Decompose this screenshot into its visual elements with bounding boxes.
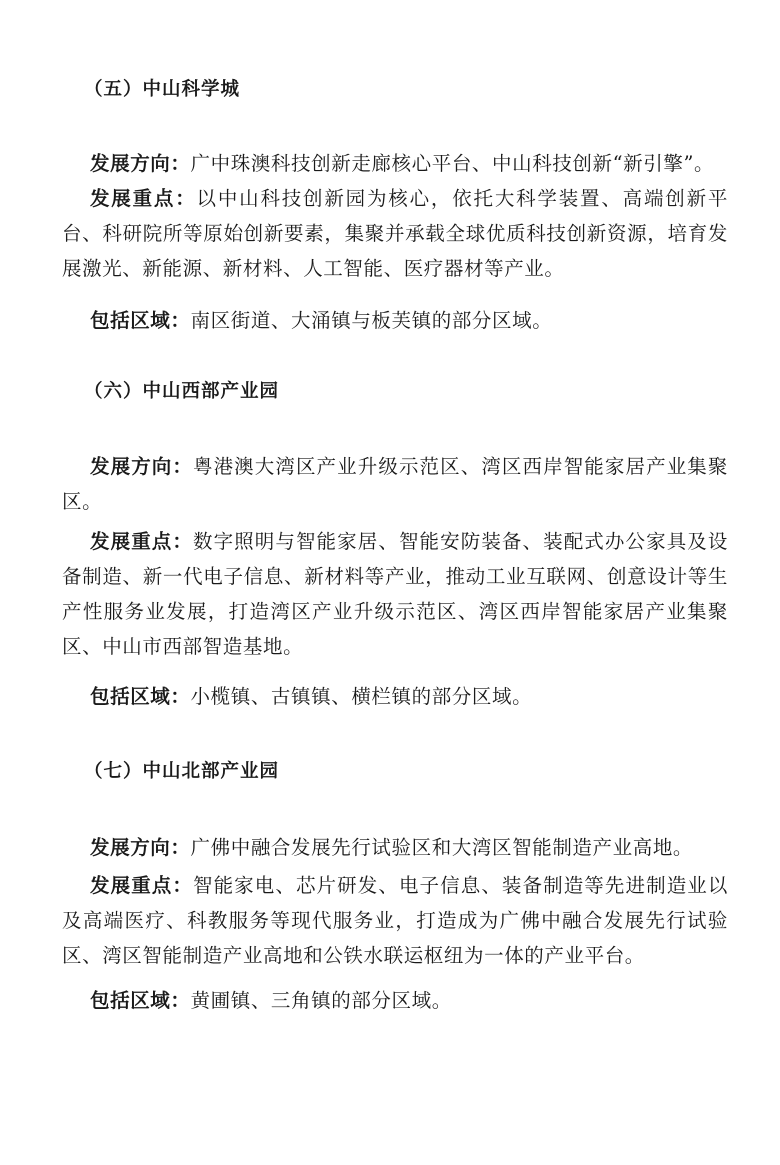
label-area: 包括区域： bbox=[90, 989, 191, 1012]
text-area: 黄圃镇、三角镇的部分区域。 bbox=[191, 989, 452, 1012]
paragraph-direction-5: 发展方向：广中珠澳科技创新走廊核心平台、中山科技创新“新引擎”。 bbox=[62, 146, 728, 181]
text-area: 南区街道、大涌镇与板芙镇的部分区域。 bbox=[191, 309, 553, 332]
paragraph-focus-5: 发展重点：以中山科技创新园为核心，依托大科学装置、高端创新平台、科研院所等原始创… bbox=[62, 181, 728, 286]
label-area: 包括区域： bbox=[90, 309, 191, 332]
paragraph-direction-7: 发展方向：广佛中融合发展先行试验区和大湾区智能制造产业高地。 bbox=[62, 830, 728, 865]
label-focus: 发展重点： bbox=[90, 530, 193, 553]
label-direction: 发展方向： bbox=[90, 836, 191, 859]
text-area: 小榄镇、古镇镇、横栏镇的部分区域。 bbox=[191, 685, 533, 708]
section-heading-5: （五）中山科学城 bbox=[84, 78, 240, 102]
paragraph-direction-6: 发展方向：粤港澳大湾区产业升级示范区、湾区西岸智能家居产业集聚区。 bbox=[62, 449, 728, 519]
label-focus: 发展重点： bbox=[90, 874, 193, 897]
paragraph-focus-6: 发展重点：数字照明与智能家居、智能安防装备、装配式办公家具及设备制造、新一代电子… bbox=[62, 524, 728, 664]
section-heading-7: （七）中山北部产业园 bbox=[84, 760, 279, 784]
label-area: 包括区域： bbox=[90, 685, 191, 708]
label-direction: 发展方向： bbox=[90, 152, 191, 175]
label-focus: 发展重点： bbox=[90, 187, 197, 210]
paragraph-area-5: 包括区域：南区街道、大涌镇与板芙镇的部分区域。 bbox=[62, 303, 728, 338]
paragraph-area-7: 包括区域：黄圃镇、三角镇的部分区域。 bbox=[62, 983, 728, 1018]
text-direction: 广中珠澳科技创新走廊核心平台、中山科技创新“新引擎”。 bbox=[191, 152, 715, 175]
label-direction: 发展方向： bbox=[90, 455, 193, 478]
text-direction: 广佛中融合发展先行试验区和大湾区智能制造产业高地。 bbox=[191, 836, 694, 859]
section-heading-6: （六）中山西部产业园 bbox=[84, 380, 279, 404]
paragraph-focus-7: 发展重点：智能家电、芯片研发、电子信息、装备制造等先进制造业以及高端医疗、科教服… bbox=[62, 868, 728, 973]
paragraph-area-6: 包括区域：小榄镇、古镇镇、横栏镇的部分区域。 bbox=[62, 679, 728, 714]
